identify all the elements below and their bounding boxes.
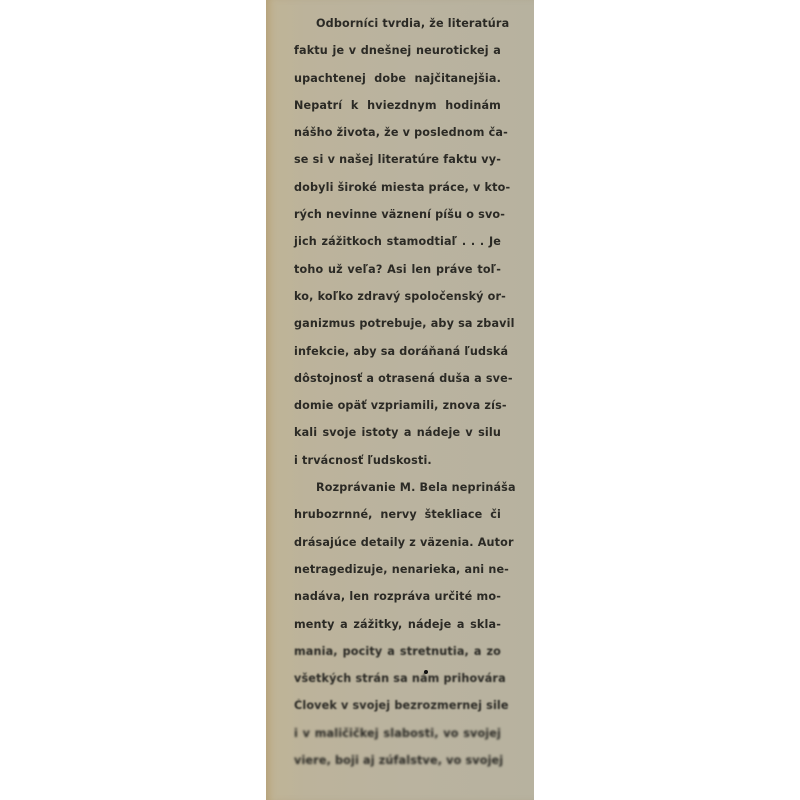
text-line: se si v našej literatúre faktu vy-: [294, 146, 501, 173]
text-line: Odborníci tvrdia, že literatúra: [294, 10, 501, 37]
book-page: Odborníci tvrdia, že literatúra faktu je…: [266, 0, 534, 800]
text-line: kali svoje istoty a nádeje v silu: [294, 419, 501, 446]
text-line: toho už veľa? Asi len práve toľ-: [294, 256, 501, 283]
text-line: infekcie, aby sa doráňaná ľudská: [294, 338, 501, 365]
text-line: i v maličičkej slabosti, vo svojej: [294, 720, 501, 747]
text-line: Nepatrí k hviezdnym hodinám: [294, 92, 501, 119]
text-line: jich zážitkoch stamodtiaľ . . . Je: [294, 228, 501, 255]
text-line: viere, boji aj zúfalstve, vo svojej: [294, 747, 501, 774]
text-line: menty a zážitky, nádeje a skla-: [294, 611, 501, 638]
text-line: drásajúce detaily z väzenia. Autor: [294, 529, 501, 556]
paragraph-1: Odborníci tvrdia, že literatúra faktu je…: [294, 10, 501, 474]
text-line: Človek v svojej bezrozmernej sile: [294, 692, 501, 719]
text-line: nadáva, len rozpráva určité mo-: [294, 583, 501, 610]
text-line: Rozprávanie M. Bela neprináša: [294, 474, 501, 501]
text-line: i trvácnosť ľudskosti.: [294, 447, 501, 474]
text-line: nášho života, že v poslednom ča-: [294, 119, 501, 146]
text-line: faktu je v dnešnej neurotickej a: [294, 37, 501, 64]
ink-speck: [424, 670, 428, 674]
text-line: dobyli široké miesta práce, v kto-: [294, 174, 501, 201]
text-line: ganizmus potrebuje, aby sa zbavil: [294, 310, 501, 337]
text-line: mania, pocity a stretnutia, a zo: [294, 638, 501, 665]
text-line: ko, koľko zdravý spoločenský or-: [294, 283, 501, 310]
paragraph-2: Rozprávanie M. Bela neprináša hrubozrnné…: [294, 474, 501, 774]
text-line: netragedizuje, nenarieka, ani ne-: [294, 556, 501, 583]
text-line: všetkých strán sa nám prihovára: [294, 665, 501, 692]
text-line: dôstojnosť a otrasená duša a sve-: [294, 365, 501, 392]
text-line: hrubozrnné, nervy štekliace či: [294, 501, 501, 528]
text-line: domie opäť vzpriamili, znova zís-: [294, 392, 501, 419]
text-line: upachtenej dobe najčitanejšia.: [294, 65, 501, 92]
text-line: rých nevinne väznení píšu o svo-: [294, 201, 501, 228]
page-text: Odborníci tvrdia, že literatúra faktu je…: [294, 10, 501, 774]
